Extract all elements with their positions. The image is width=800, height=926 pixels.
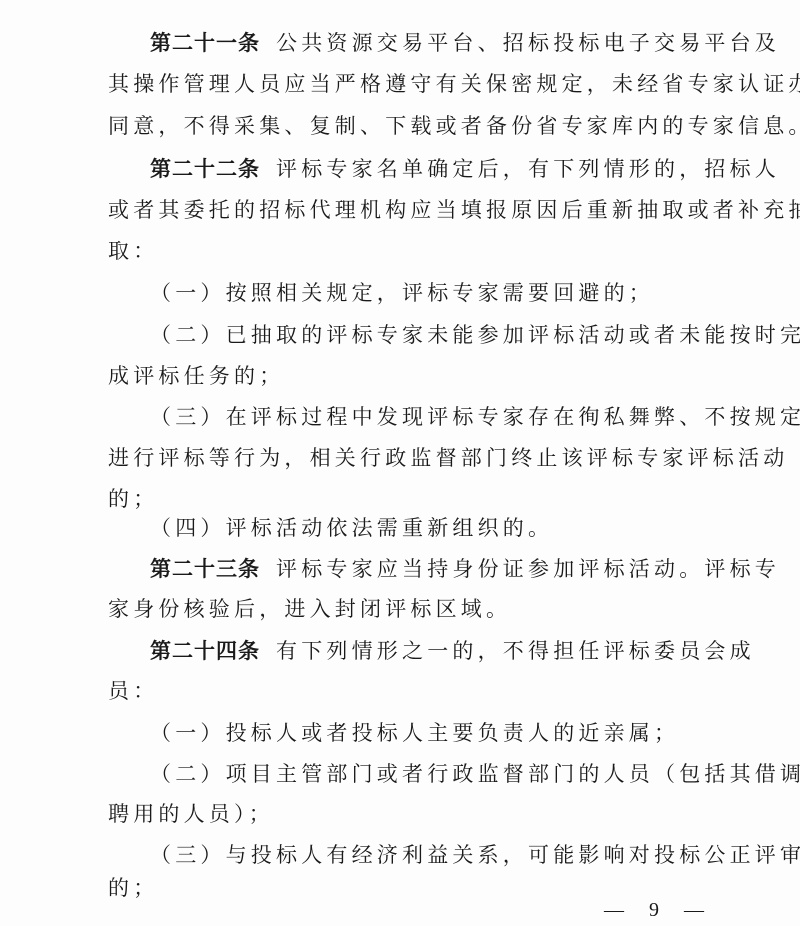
article-22-item-2-line-1: （二）已抽取的评标专家未能参加评标活动或者未能按时完 — [150, 320, 700, 350]
article-24-text: 有下列情形之一的，不得担任评标委员会成 — [276, 639, 755, 663]
article-22-item-3-line-2: 进行评标等行为，相关行政监督部门终止该评标专家评标活动 — [108, 443, 700, 473]
article-22-item-2-line-2: 成评标任务的； — [108, 361, 700, 391]
page-number: — 9 — — [604, 898, 714, 922]
article-22-item-3-line-1: （三）在评标过程中发现评标专家存在徇私舞弊、不按规定 — [150, 402, 700, 432]
document-page: 第二十一条公共资源交易平台、招标投标电子交易平台及 其操作管理人员应当严格遵守有… — [0, 0, 800, 926]
article-24-line-2: 员： — [108, 676, 700, 706]
article-23-line-2: 家身份核验后，进入封闭评标区域。 — [108, 594, 700, 624]
article-23-text: 评标专家应当持身份证参加评标活动。评标专 — [276, 557, 780, 581]
article-22-line-2: 或者其委托的招标代理机构应当填报原因后重新抽取或者补充抽 — [108, 195, 700, 225]
article-22-item-3-line-3: 的； — [108, 484, 700, 514]
article-24-item-3-line-1: （三）与投标人有经济利益关系，可能影响对投标公正评审 — [150, 840, 700, 870]
article-24-item-2-line-1: （二）项目主管部门或者行政监督部门的人员（包括其借调、 — [150, 759, 700, 789]
article-22-line-3: 取： — [108, 236, 700, 266]
article-21-line-1: 第二十一条公共资源交易平台、招标投标电子交易平台及 — [150, 28, 700, 58]
article-21-line-2: 其操作管理人员应当严格遵守有关保密规定，未经省专家认证办 — [108, 69, 700, 99]
article-23-title: 第二十三条 — [150, 557, 260, 581]
article-21-title: 第二十一条 — [150, 31, 260, 55]
article-24-title: 第二十四条 — [150, 639, 260, 663]
article-23-line-1: 第二十三条评标专家应当持身份证参加评标活动。评标专 — [150, 554, 700, 584]
article-24-item-2-line-2: 聘用的人员）； — [108, 799, 700, 829]
article-22-title: 第二十二条 — [150, 157, 260, 181]
article-22-text: 评标专家名单确定后，有下列情形的，招标人 — [276, 157, 780, 181]
article-22-item-4: （四）评标活动依法需重新组织的。 — [150, 513, 700, 543]
article-24-line-1: 第二十四条有下列情形之一的，不得担任评标委员会成 — [150, 636, 700, 666]
article-21-text: 公共资源交易平台、招标投标电子交易平台及 — [276, 31, 780, 55]
article-22-line-1: 第二十二条评标专家名单确定后，有下列情形的，招标人 — [150, 154, 700, 184]
article-24-item-1: （一）投标人或者投标人主要负责人的近亲属； — [150, 718, 700, 748]
article-22-item-1: （一）按照相关规定，评标专家需要回避的； — [150, 278, 700, 308]
article-21-line-3: 同意，不得采集、复制、下载或者备份省专家库内的专家信息。 — [108, 111, 700, 141]
